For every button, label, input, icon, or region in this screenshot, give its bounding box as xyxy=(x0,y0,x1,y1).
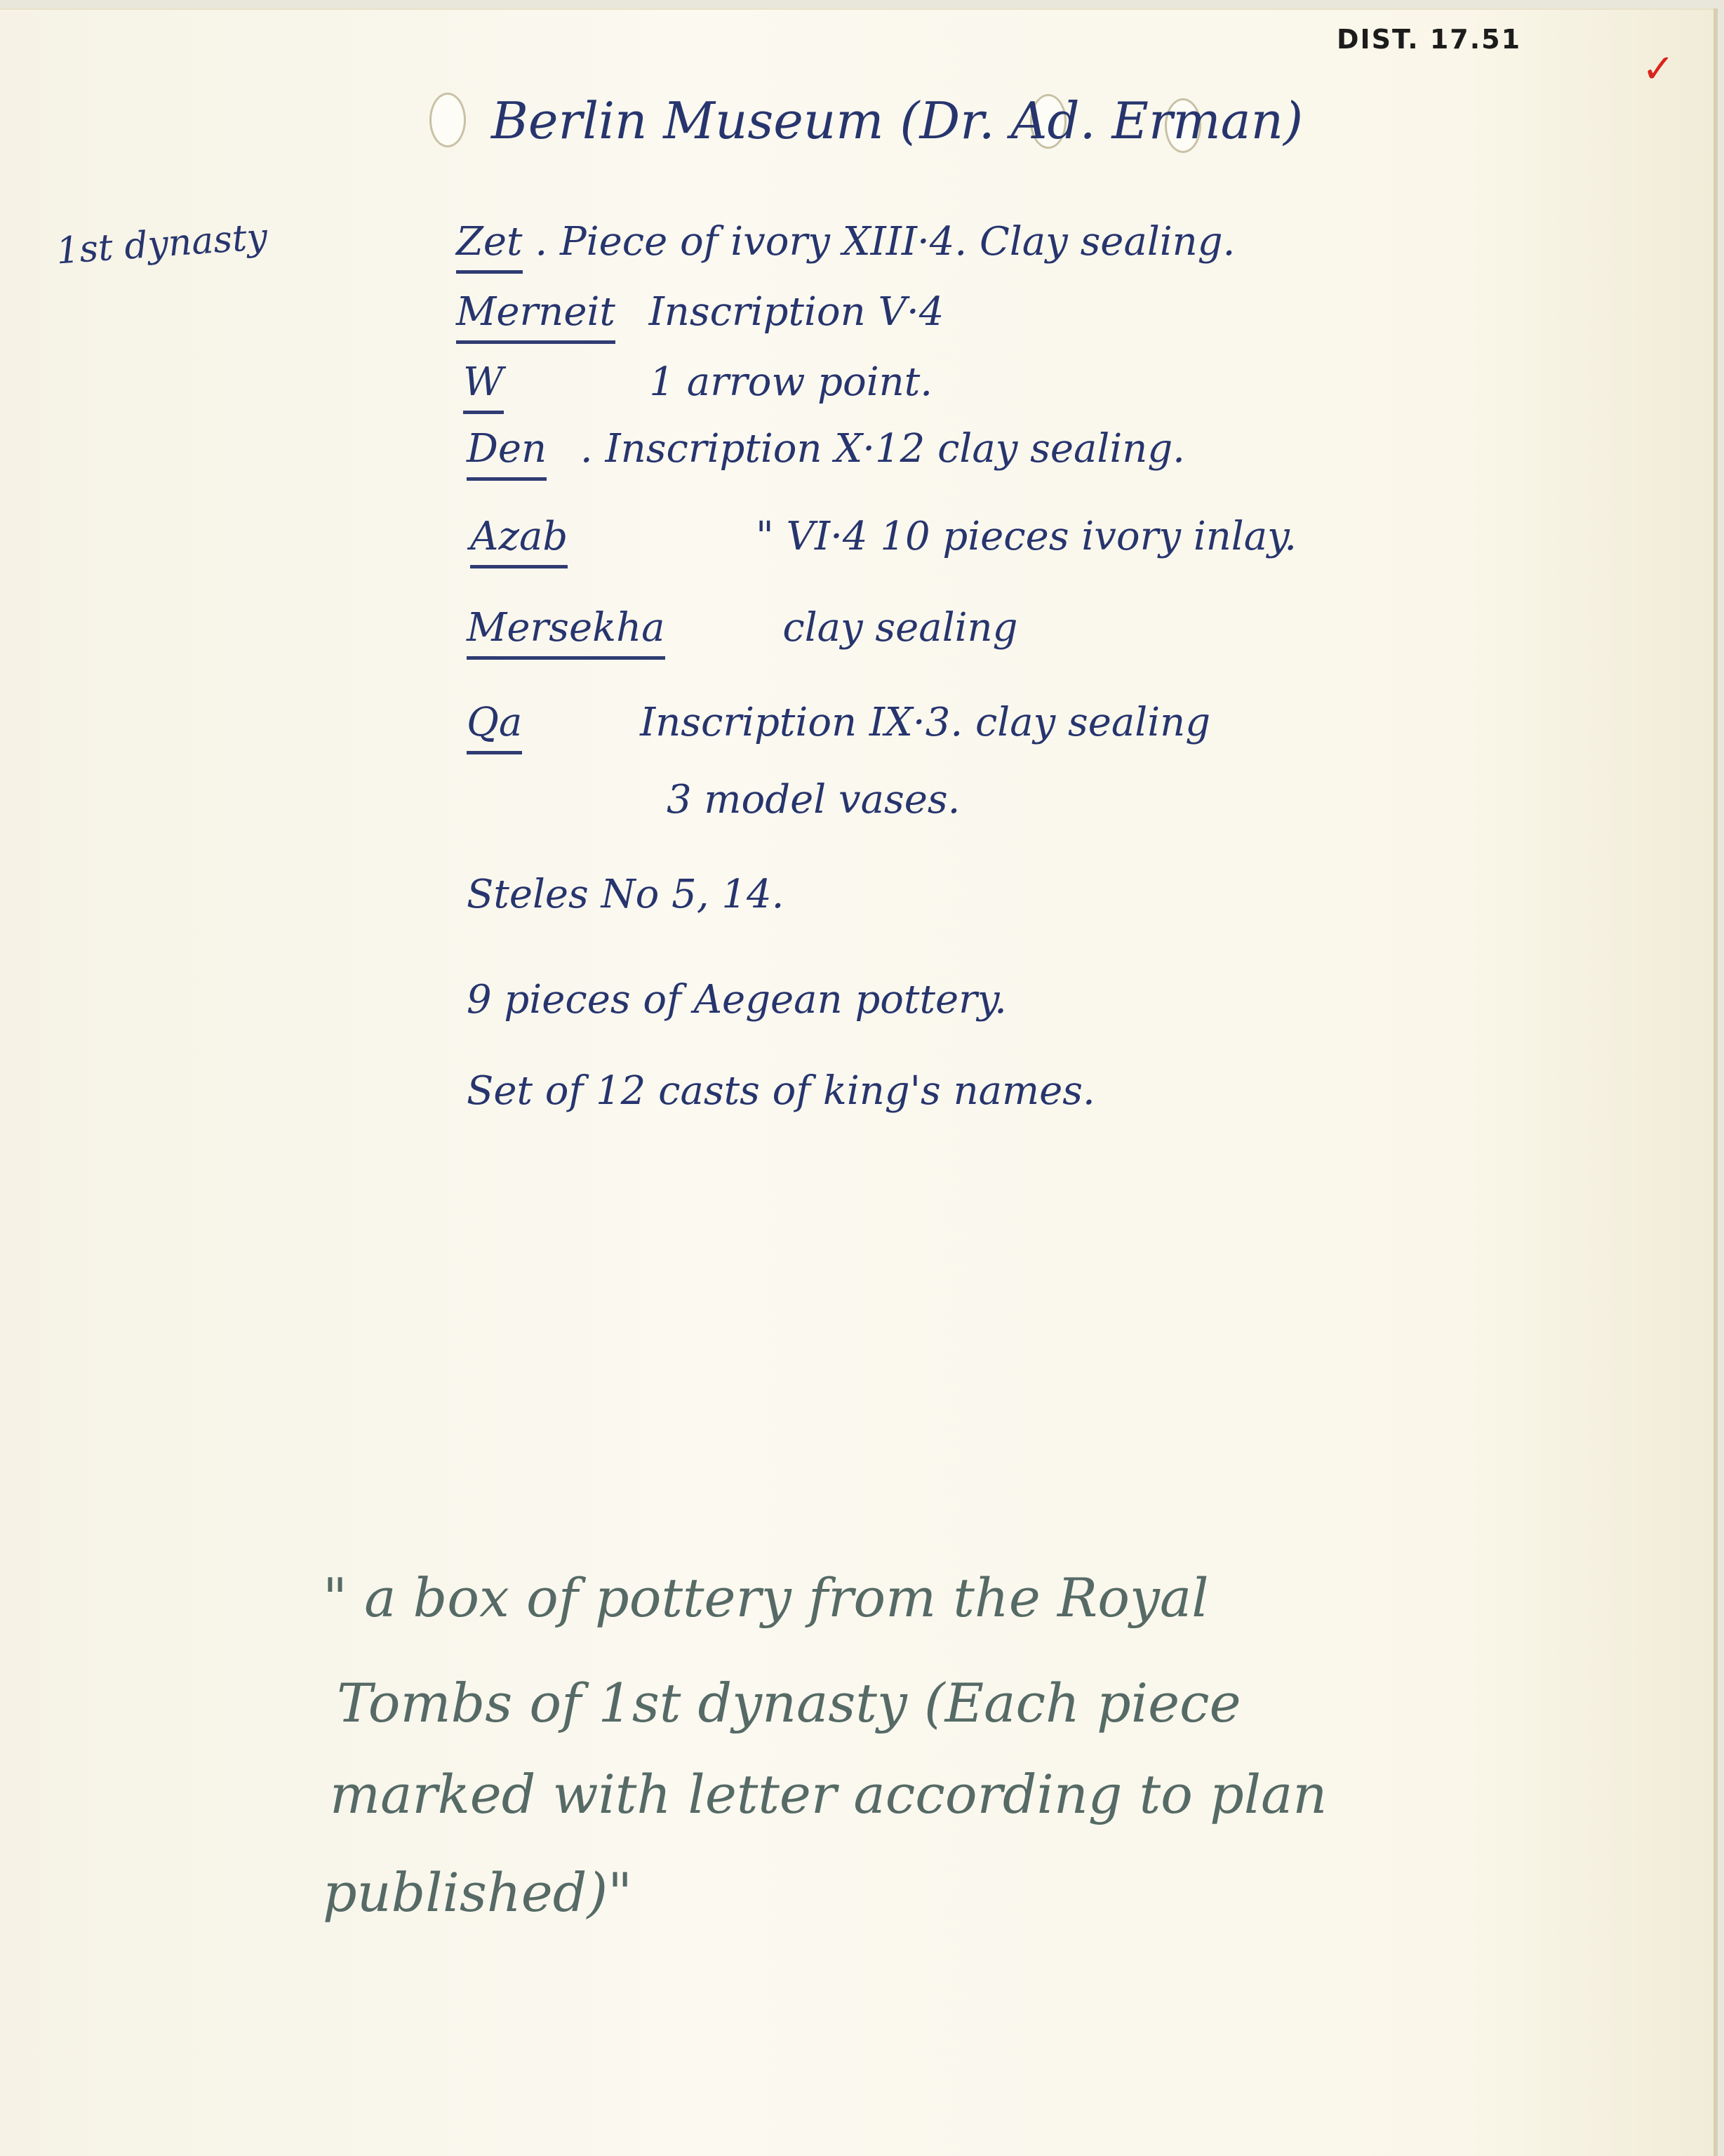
pencil-quote-line: marked with letter according to plan xyxy=(330,1763,1327,1825)
red-check-mark-icon: ✓ xyxy=(1642,46,1675,92)
pencil-quote-line: " a box of pottery from the Royal xyxy=(323,1566,1209,1629)
list-item: Mersekha clay sealing xyxy=(467,605,1017,651)
page-title: Berlin Museum (Dr. Ad. Erman) xyxy=(491,91,1303,150)
document-page: DIST. 17.51 ✓ Berlin Museum (Dr. Ad. Erm… xyxy=(0,8,1718,2156)
item-details: . Piece of ivory XIII·4. Clay sealing. xyxy=(535,219,1235,265)
qa-continuation: 3 model vases. xyxy=(667,777,960,823)
casts-line: Set of 12 casts of king's names. xyxy=(467,1068,1095,1114)
list-item: W 1 arrow point. xyxy=(463,359,933,405)
king-name: Mersekha xyxy=(467,605,665,660)
item-details: Inscription V·4 xyxy=(649,289,944,335)
item-details: . Inscription X·12 clay sealing. xyxy=(580,426,1185,472)
list-item: Zet . Piece of ivory XIII·4. Clay sealin… xyxy=(456,219,1235,265)
list-item: Merneit Inscription V·4 xyxy=(456,289,944,335)
aegean-pottery-line: 9 pieces of Aegean pottery. xyxy=(467,977,1007,1023)
item-details: " VI·4 10 pieces ivory inlay. xyxy=(756,514,1297,559)
king-name: Zet xyxy=(456,219,523,274)
pencil-quote-line: published)" xyxy=(323,1861,632,1924)
item-details: clay sealing xyxy=(782,605,1017,651)
reference-number: DIST. 17.51 xyxy=(1337,24,1521,55)
steles-line: Steles No 5, 14. xyxy=(467,872,784,917)
king-name: Qa xyxy=(467,700,522,754)
king-name: Den xyxy=(467,426,547,481)
item-details: Inscription IX·3. clay sealing xyxy=(640,700,1210,745)
list-item: Azab " VI·4 10 pieces ivory inlay. xyxy=(470,514,1297,559)
king-name: Azab xyxy=(470,514,568,568)
king-name: Merneit xyxy=(456,289,615,344)
item-details: 1 arrow point. xyxy=(649,359,933,405)
margin-note: 1st dynasty xyxy=(55,216,269,273)
king-name: W xyxy=(463,359,504,414)
list-item: Den . Inscription X·12 clay sealing. xyxy=(467,426,1185,472)
list-item: Qa Inscription IX·3. clay sealing xyxy=(467,700,1210,745)
pencil-quote-line: Tombs of 1st dynasty (Each piece xyxy=(337,1672,1241,1734)
